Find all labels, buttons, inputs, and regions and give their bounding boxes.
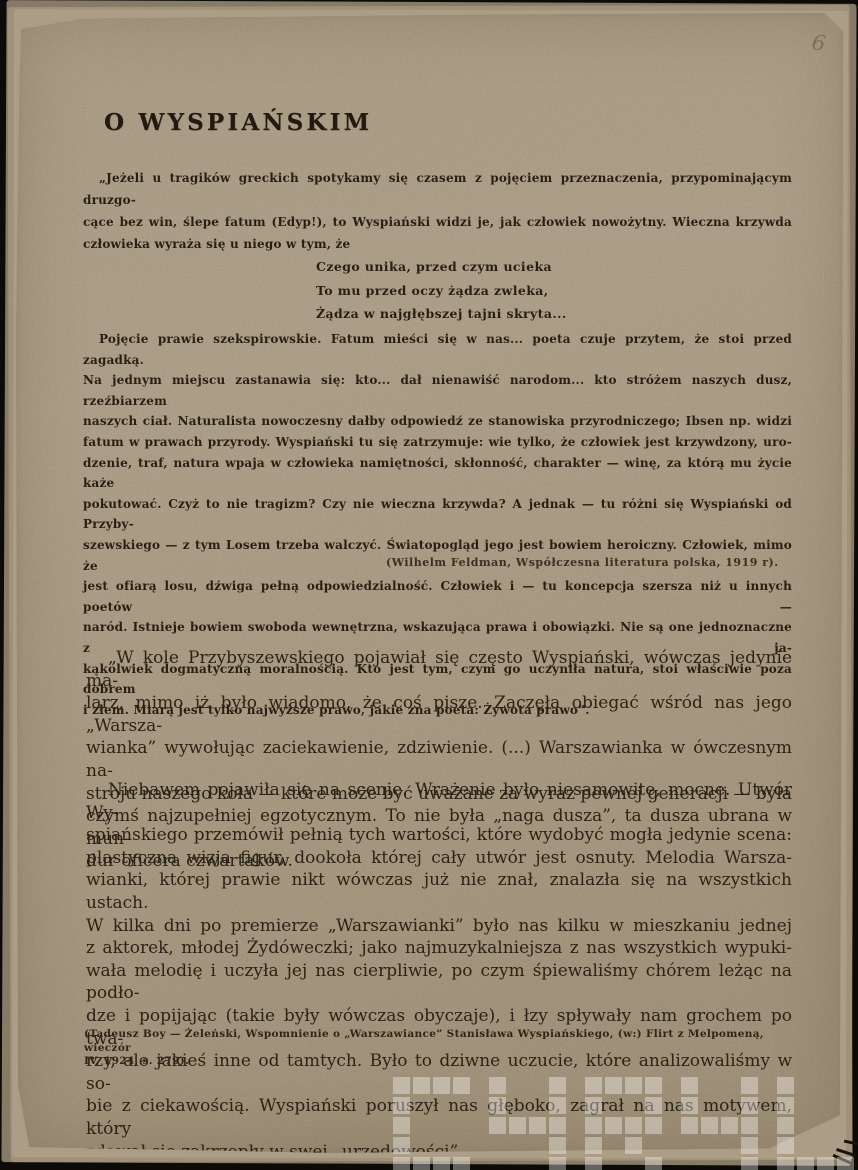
text-line: bie z ciekawością. Wyspiański poruszył n… [86,1095,792,1140]
text-line: larz, mimo iż było wiadomo, że coś pisze… [86,692,792,737]
text-line: dzenie, traf, natura wpaja w człowieka n… [83,453,792,494]
text-line: W kilka dni po premierze „Warszawianki” … [86,915,792,938]
text-line: IV, 1924, s. 279). [84,1055,803,1069]
text-line: Pojęcie prawie szekspirowskie. Fatum mie… [83,329,792,370]
text-line: cące bez win, ślepe fatum (Edyp!), to Wy… [83,212,792,234]
text-line: (Tadeusz Boy — Żeleński, Wspomnienie o „… [84,1028,803,1055]
text-line: jest ofiarą losu, dźwiga pełną odpowiedz… [83,576,792,617]
footnote-citation: (Tadeusz Boy — Żeleński, Wspomnienie o „… [84,1028,803,1069]
pencil-page-number: 6 [810,30,827,56]
text-line: wała melodię i uczyła jej nas cierpliwie… [86,960,792,1005]
text-line: z aktorek, młodej Żydóweczki; jako najmu… [86,937,792,960]
text-line: fatum w prawach przyrody. Wyspiański tu … [83,432,792,453]
text-line: Niebawem pojawiła się na scenie. Wrażeni… [86,779,792,824]
text-line: plastyczna wizja figur, dookoła której c… [86,847,792,870]
text-line: naszych ciał. Naturalista nowoczesny dał… [83,411,792,432]
boy-memoir-paragraph-2: Niebawem pojawiła się na scenie. Wrażeni… [86,779,792,1163]
feldman-citation: (Wilhelm Feldman, Współczesna literatura… [386,556,779,569]
text-line: To mu przed oczy żądza zwleka, [316,279,567,303]
text-line: wianka” wywołując zaciekawienie, zdziwie… [86,737,792,782]
text-line: Żądza w najgłębszej tajni skryta... [316,302,567,326]
photo-stage: O WYSPIAŃSKIM „Jeżeli u tragików greckic… [0,0,858,1170]
text-line: pokutować. Czyż to nie tragizm? Czy nie … [83,494,792,535]
text-line: Czego unika, przed czym ucieka [316,255,567,279]
document-page: O WYSPIAŃSKIM „Jeżeli u tragików greckic… [16,13,844,1154]
feldman-intro-paragraph: „Jeżeli u tragików greckich spotykamy si… [83,168,792,256]
page-title: O WYSPIAŃSKIM [104,109,372,136]
text-line: Na jednym miejscu zastanawia się: kto...… [83,370,792,411]
text-line: człowieka wyraża się u niego w tym, że [83,234,792,256]
text-line: „W kole Przybyszewskiego pojawiał się cz… [86,647,792,692]
verse-quote: Czego unika, przed czym uciekaTo mu prze… [316,255,567,326]
text-line: „Jeżeli u tragików greckich spotykamy si… [83,168,792,212]
text-line: spiańskiego przemówił pełnią tych wartoś… [86,824,792,847]
text-line: wianki, której prawie nikt wówczas już n… [86,869,792,914]
